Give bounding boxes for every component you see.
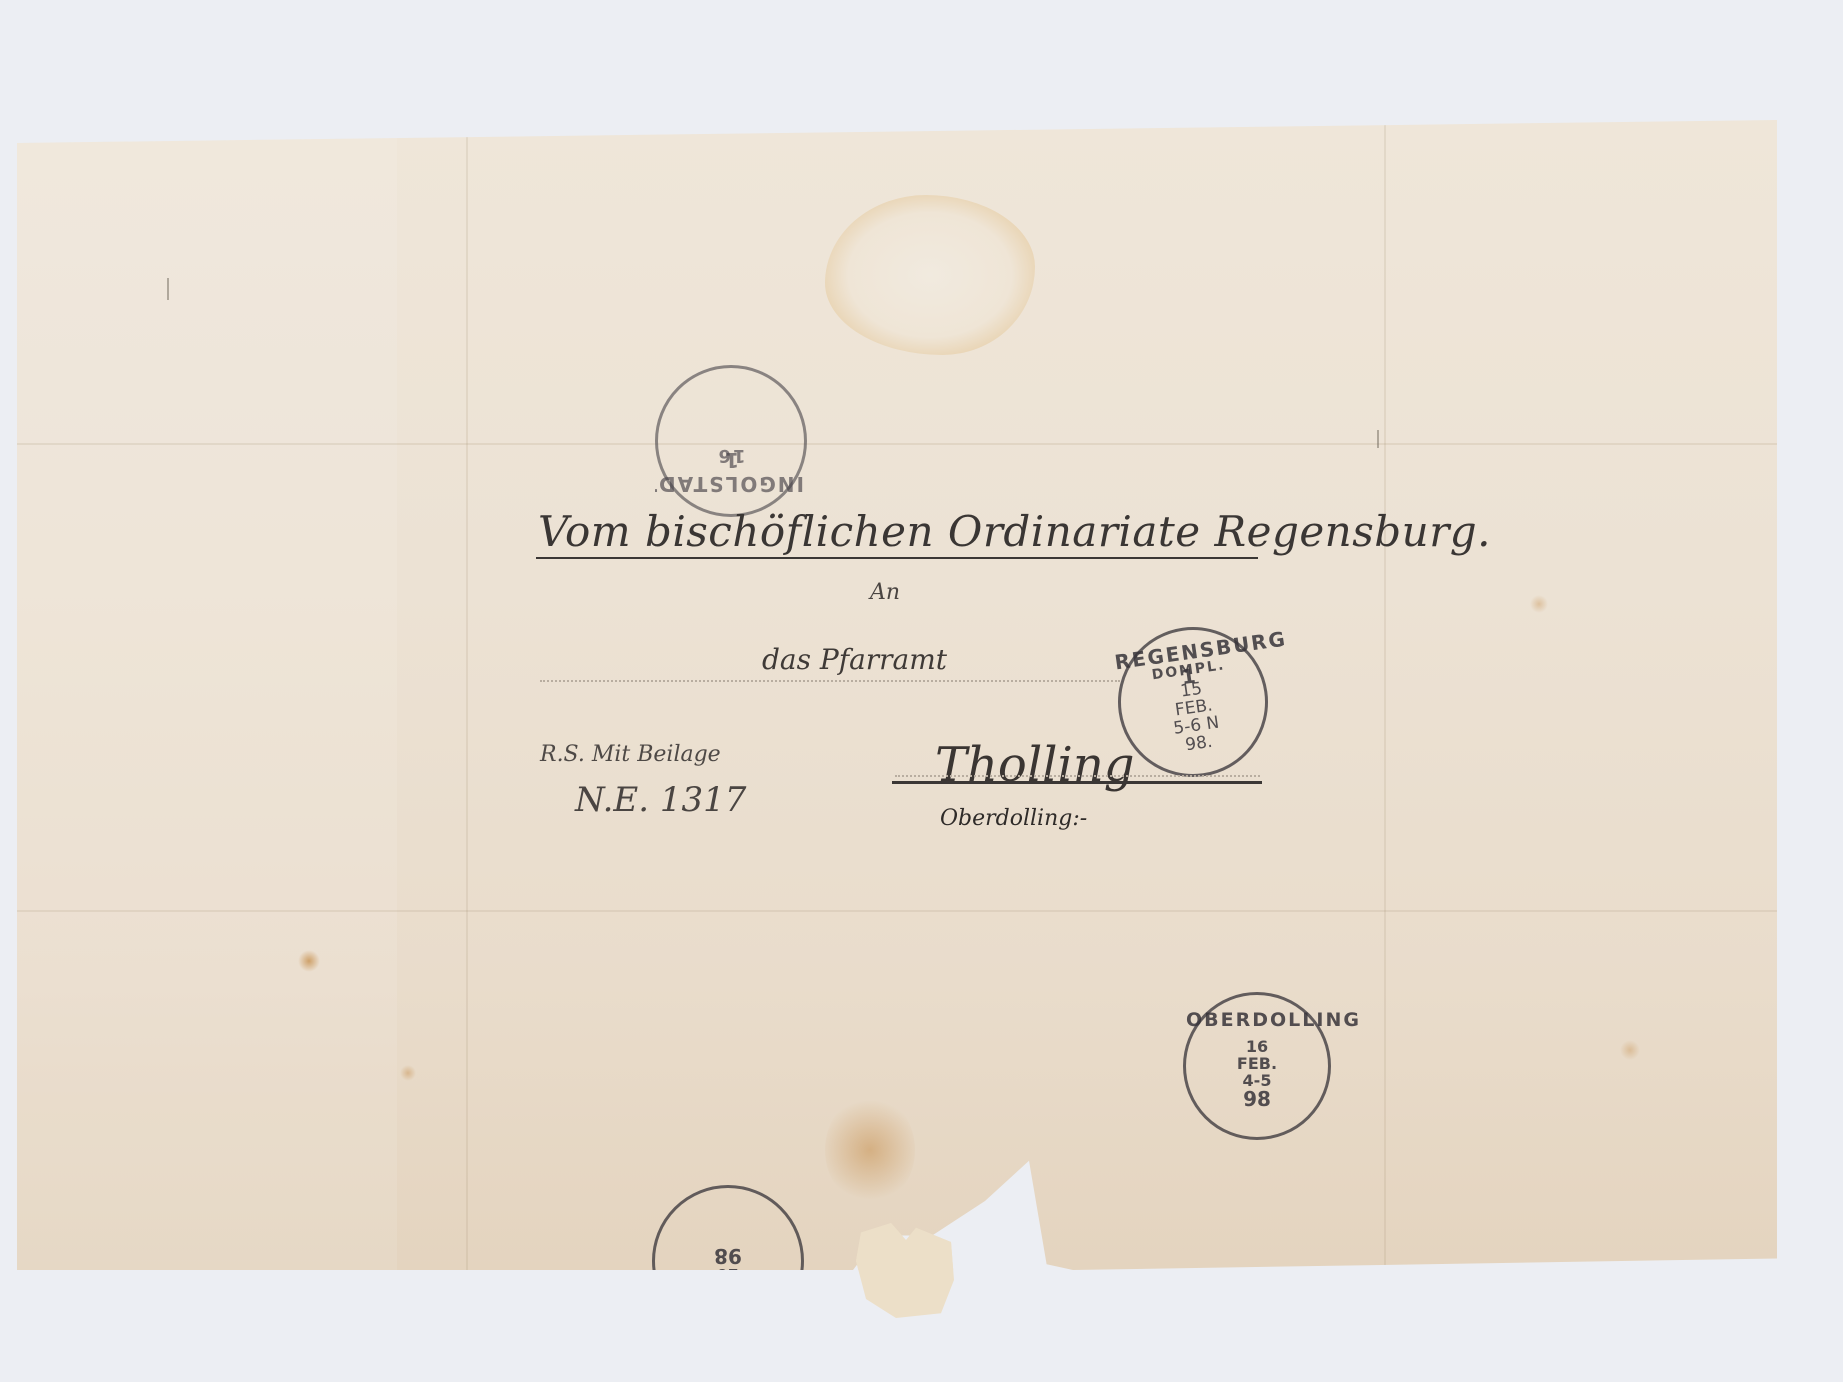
heading-underline [536, 557, 1258, 559]
postmark-date-block: 16 FEB. 4-5 98 [1186, 1039, 1328, 1110]
postmark-year: 98 [1186, 1089, 1328, 1110]
postmark-ingolstadt: INGOLSTADT 1 16 [655, 365, 807, 517]
fold-line-vertical-1 [466, 120, 468, 1270]
postmark-oberdolling: OBERDOLLING 16 FEB. 4-5 98 [1183, 992, 1331, 1140]
destination-annotation: Oberdolling:- [940, 806, 1087, 831]
recipient-dotted-line [540, 680, 1120, 682]
postmark-year: 98 [655, 1245, 801, 1266]
destination-underline [892, 781, 1262, 784]
foxing-spot [400, 1065, 416, 1081]
reference-number: N.E. 1317 [575, 780, 746, 820]
postmark-day: 16 [658, 445, 804, 466]
fold-line-horizontal-1 [17, 443, 1777, 445]
address-prefix: An [870, 580, 900, 605]
foxing-spot [1620, 1040, 1640, 1060]
foxing-spot [298, 950, 320, 972]
fold-notch [1377, 430, 1379, 448]
pencil-tick-mark [167, 278, 169, 300]
fold-line-horizontal-2 [17, 910, 1777, 912]
wax-seal-residue [825, 195, 1035, 355]
reference-note: R.S. Mit Beilage [540, 742, 721, 767]
recipient-line: das Pfarramt [762, 643, 947, 676]
destination-place: Tholling [935, 737, 1135, 793]
destination-dotted-line [895, 775, 1260, 777]
fold-panel-left [17, 120, 397, 1270]
sender-heading: Vom bischöflichen Ordinariate Regensburg… [538, 507, 1491, 556]
foxing-stain [825, 1095, 915, 1205]
fold-line-vertical-2 [1384, 120, 1386, 1270]
postmark-ring-text: OBERDOLLING [1186, 1009, 1328, 1031]
foxing-spot [1530, 595, 1548, 613]
